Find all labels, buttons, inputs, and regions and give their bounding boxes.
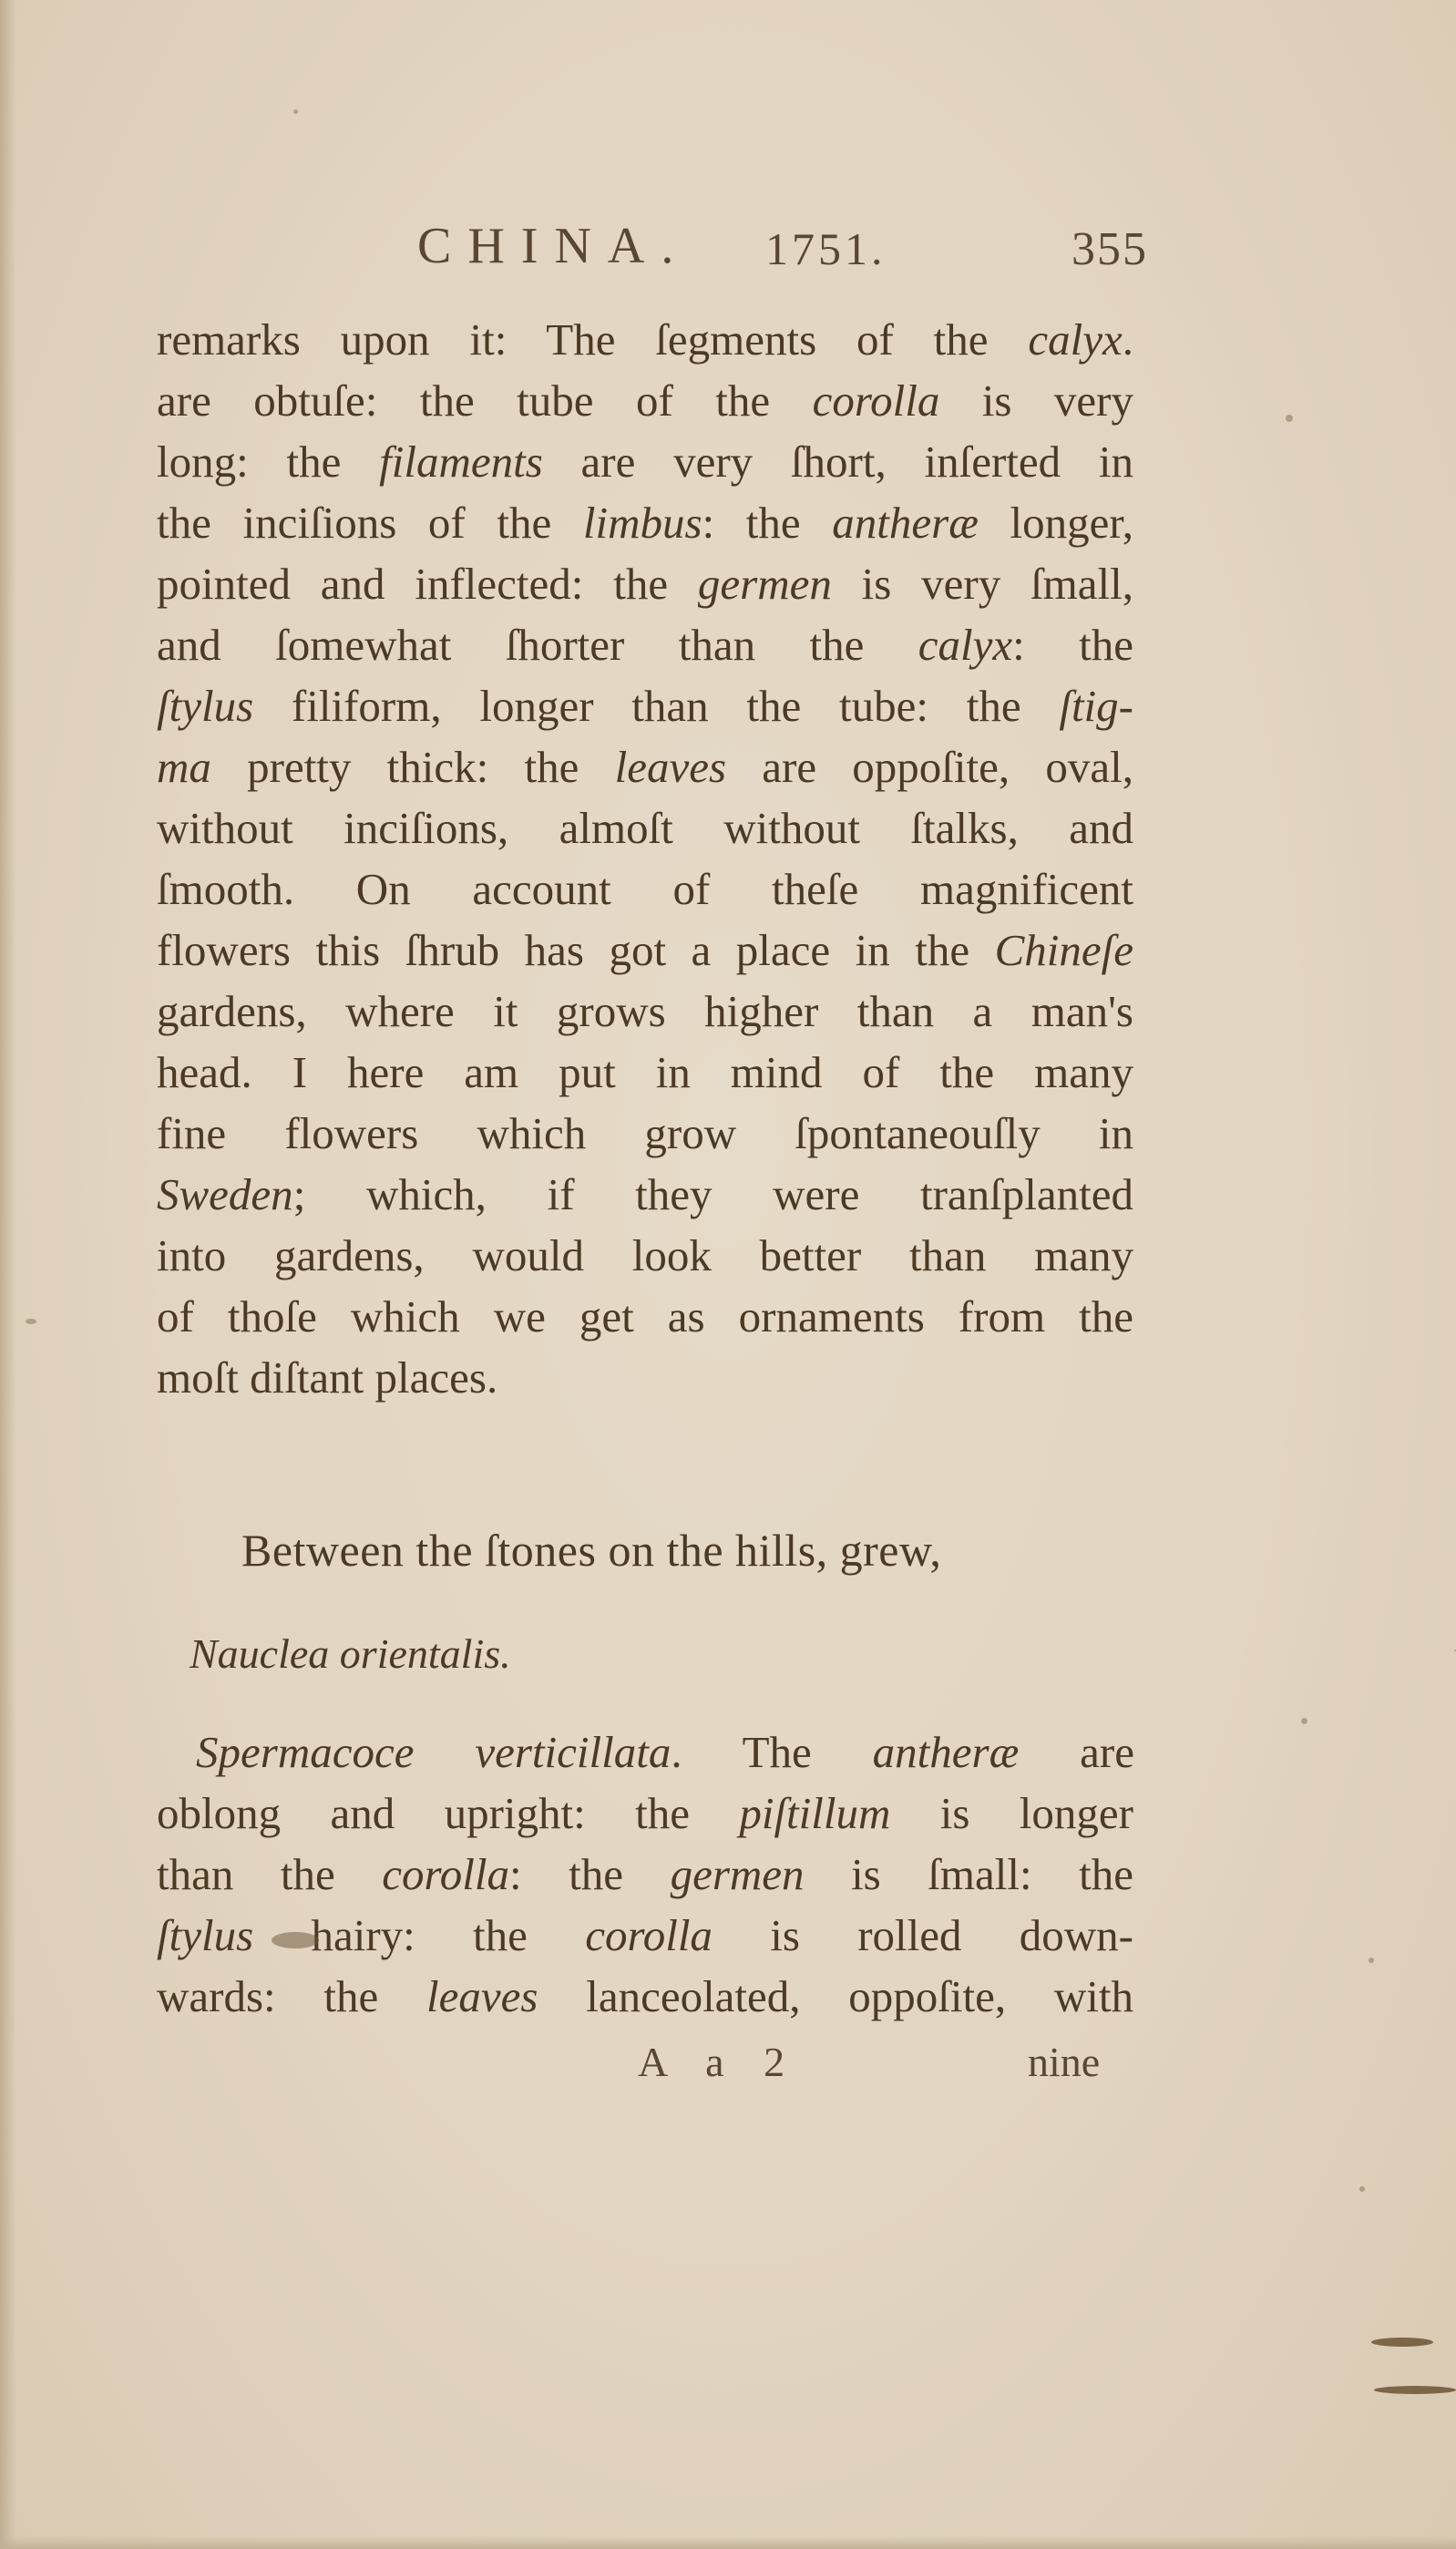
italic-term: filaments [379, 437, 543, 487]
body-line: flowers this ſhrub has got a place in th… [157, 923, 1133, 978]
italic-term: corolla [585, 1910, 713, 1960]
body-line: Sweden; which, if they were tranſplanted [157, 1167, 1133, 1222]
line-text: wards: the leaves lanceolated, oppoſite,… [157, 1971, 1133, 2021]
italic-term: Nauclea orientalis [190, 1630, 500, 1677]
italic-term: germen [698, 559, 832, 609]
body-line: gardens, where it grows higher than a ma… [157, 984, 1133, 1039]
page-number: 355 [1071, 222, 1148, 276]
paper-speck [1301, 1718, 1307, 1724]
italic-term: Chineſe [995, 925, 1133, 975]
line-text: into gardens, would look better than man… [157, 1230, 1133, 1280]
body-line: ſtylus filiform, longer than the tube: t… [157, 679, 1133, 734]
line-text: head. I here am put in mind of the many [157, 1047, 1133, 1097]
line-text: flowers this ſhrub has got a place in th… [157, 925, 1133, 975]
running-head: CHINA. [417, 217, 690, 275]
body-line: head. I here am put in mind of the many [157, 1045, 1133, 1100]
page-header: CHINA. 1751. 355 [410, 217, 1157, 281]
body-line: ſmooth. On account of theſe magnificent [157, 862, 1133, 917]
line-text: ſtylus filiform, longer than the tube: t… [157, 681, 1133, 731]
paper-speck [1369, 1958, 1374, 1963]
line-text: fine flowers which grow ſpontaneouſly in [157, 1108, 1133, 1158]
body-line: remarks upon it: The ſegments of the cal… [157, 313, 1133, 367]
line-text: of thoſe which we get as ornaments from … [157, 1291, 1133, 1341]
header-year: 1751. [765, 222, 887, 275]
signature-mark: A a 2 [638, 2038, 799, 2086]
body-line: long: the filaments are very ſhort, inſe… [157, 435, 1133, 489]
ink-smudge [272, 1932, 319, 1948]
line-text: long: the filaments are very ſhort, inſe… [157, 437, 1133, 487]
body-line: pointed and inflected: the germen is ver… [157, 557, 1133, 612]
body-line: ma pretty thick: the leaves are oppoſite… [157, 740, 1133, 795]
italic-term: calyx [918, 620, 1012, 670]
section-heading: Between the ſtones on the hills, grew, [241, 1524, 941, 1577]
line-text: the inciſions of the limbus: the antheræ… [157, 498, 1133, 548]
body-line: moſt diſtant places. [157, 1351, 1133, 1405]
line-text: pointed and inflected: the germen is ver… [157, 559, 1133, 609]
body-line: than the corolla: the germen is ſmall: t… [157, 1847, 1133, 1902]
line-text: oblong and upright: the piſtillum is lon… [157, 1788, 1133, 1838]
italic-term: ma [157, 742, 211, 792]
italic-term: leaves [615, 742, 726, 792]
body-line: oblong and upright: the piſtillum is lon… [157, 1786, 1133, 1841]
body-line: of thoſe which we get as ornaments from … [157, 1290, 1133, 1344]
book-page: CHINA. 1751. 355 remarks upon it: The ſe… [0, 0, 1456, 2549]
body-line: the inciſions of the limbus: the antheræ… [157, 496, 1133, 550]
italic-term: antheræ [832, 498, 979, 548]
line-text: ſmooth. On account of theſe magnificent [157, 864, 1133, 914]
paper-speck [1359, 2186, 1365, 2192]
line-text: moſt diſtant places. [157, 1352, 497, 1403]
italic-term: leaves [426, 1971, 538, 2021]
line-text: are obtuſe: the tube of the corolla is v… [157, 375, 1133, 426]
line-text: than the corolla: the germen is ſmall: t… [157, 1849, 1133, 1899]
catchword: nine [1028, 2038, 1100, 2086]
italic-term: limbus [583, 498, 702, 548]
line-text: gardens, where it grows higher than a ma… [157, 986, 1133, 1036]
page-edge-shadow [0, 0, 16, 2549]
italic-term: Spermacoce verticillata [196, 1727, 671, 1777]
italic-term: Sweden [157, 1169, 293, 1219]
paper-speck [293, 109, 298, 114]
paper-stain [1371, 2338, 1433, 2347]
page-bottom-edge [0, 2536, 1456, 2549]
italic-term: corolla [382, 1849, 509, 1899]
body-line: and ſomewhat ſhorter than the calyx: the [157, 618, 1133, 673]
italic-term: piſtillum [739, 1788, 890, 1838]
italic-term: antheræ [873, 1727, 1020, 1777]
paper-speck [26, 1319, 36, 1324]
line-text: remarks upon it: The ſegments of the cal… [157, 314, 1133, 365]
italic-term: germen [671, 1849, 805, 1899]
body-line: fine flowers which grow ſpontaneouſly in [157, 1106, 1133, 1161]
body-line: into gardens, would look better than man… [157, 1228, 1133, 1283]
italic-term: ſtig- [1059, 681, 1133, 731]
italic-term: calyx [1028, 314, 1122, 365]
line-text: Spermacoce verticillata. The antheræ are [196, 1727, 1134, 1777]
body-line: are obtuſe: the tube of the corolla is v… [157, 374, 1133, 428]
body-line: wards: the leaves lanceolated, oppoſite,… [157, 1969, 1133, 2024]
line-text: ma pretty thick: the leaves are oppoſite… [157, 742, 1133, 792]
italic-term: corolla [813, 375, 940, 426]
paper-speck [1286, 415, 1293, 422]
body-line: Spermacoce verticillata. The antheræ are [196, 1725, 1134, 1780]
italic-term: ſtylus [157, 681, 253, 731]
paper-stain [1374, 2386, 1456, 2394]
italic-term: ſtylus [157, 1910, 253, 1960]
line-text: without inciſions, almoſt without ſtalks… [157, 803, 1133, 853]
body-line: without inciſions, almoſt without ſtalks… [157, 801, 1133, 856]
line-text: Sweden; which, if they were tranſplanted [157, 1169, 1133, 1219]
species-heading: Nauclea orientalis. [190, 1629, 511, 1678]
line-text: and ſomewhat ſhorter than the calyx: the [157, 620, 1133, 670]
